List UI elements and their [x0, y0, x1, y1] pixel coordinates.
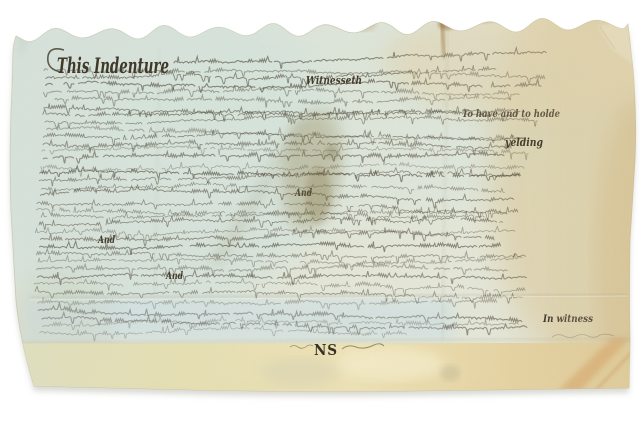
parchment-indenture-image: This Indenture Witnesseth To have and to… — [0, 0, 640, 434]
top-stain-smudge-right — [465, 9, 497, 23]
parchment-grain-texture — [0, 0, 640, 434]
manuscript-photo: This Indenture Witnesseth To have and to… — [0, 0, 640, 434]
